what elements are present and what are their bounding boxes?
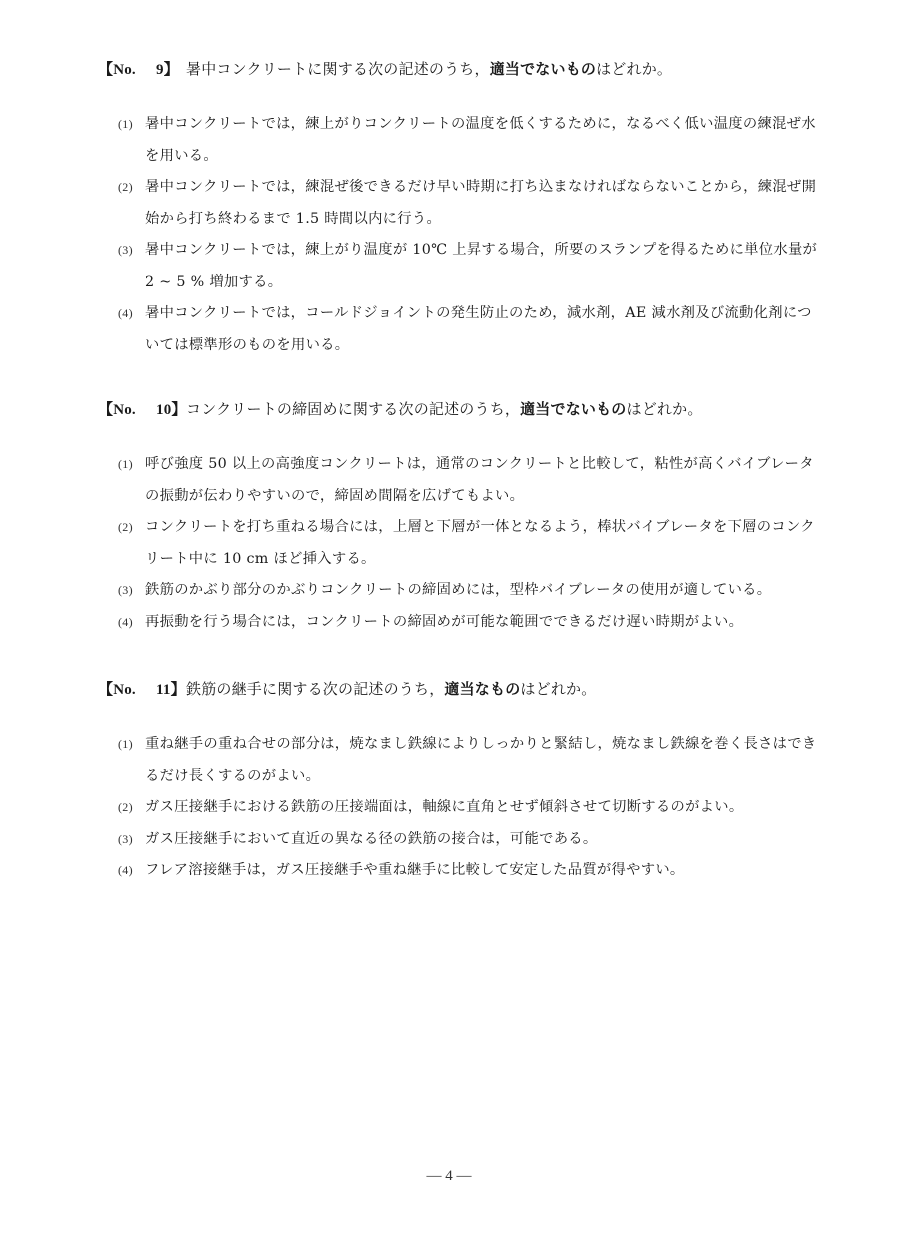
question-emphasis: 適当なもの (444, 680, 520, 698)
option-text: ガス圧接継手における鉄筋の圧接端面は，軸線に直角とせず傾斜させて切断するのがよい… (145, 799, 743, 815)
option-number: (4) (118, 855, 133, 887)
option-text: 暑中コンクリートでは，コールドジョイントの発生防止のため，減水剤，AE 減水剤及… (145, 305, 812, 353)
option-3: (3)鉄筋のかぶり部分のかぶりコンクリートの締固めには，型枠バイブレータの使用が… (118, 575, 818, 607)
question-stem: コンクリートの締固めに関する次の記述のうち， (186, 400, 520, 418)
option-list: (1)呼び強度 50 以上の高強度コンクリートは，通常のコンクリートと比較して，… (98, 449, 818, 638)
option-2: (2)ガス圧接継手における鉄筋の圧接端面は，軸線に直角とせず傾斜させて切断するの… (118, 792, 818, 824)
option-text: 暑中コンクリートでは，練上がりコンクリートの温度を低くするために，なるべく低い温… (145, 116, 816, 164)
exam-page: 【No.9】暑中コンクリートに関する次の記述のうち，適当でないものはどれか。 (… (0, 0, 898, 1240)
question-tail: はどれか。 (520, 680, 596, 698)
option-number: (4) (118, 298, 133, 330)
option-text: 暑中コンクリートでは，練混ぜ後できるだけ早い時期に打ち込まなければならないことか… (145, 179, 816, 227)
option-1: (1)暑中コンクリートでは，練上がりコンクリートの温度を低くするために，なるべく… (118, 109, 818, 172)
page-number: — 4 — (0, 1168, 898, 1185)
option-number: (3) (118, 824, 133, 856)
option-text: コンクリートを打ち重ねる場合には，上層と下層が一体となるよう，棒状バイブレータを… (145, 519, 815, 567)
option-number: (3) (118, 575, 133, 607)
option-number: (2) (118, 172, 133, 204)
option-number: (1) (118, 449, 133, 481)
option-text: 暑中コンクリートでは，練上がり温度が 10℃ 上昇する場合，所要のスランプを得る… (145, 242, 817, 290)
option-text: 呼び強度 50 以上の高強度コンクリートは，通常のコンクリートと比較して，粘性が… (145, 456, 814, 504)
question-emphasis: 適当でないもの (490, 60, 596, 78)
option-2: (2)暑中コンクリートでは，練混ぜ後できるだけ早い時期に打ち込まなければならない… (118, 172, 818, 235)
question-heading: 【No.10】コンクリートの締固めに関する次の記述のうち，適当でないものはどれか… (98, 398, 818, 421)
question-stem: 鉄筋の継手に関する次の記述のうち， (186, 680, 444, 698)
option-4: (4)フレア溶接継手は，ガス圧接継手や重ね継手に比較して安定した品質が得やすい。 (118, 855, 818, 887)
option-text: 重ね継手の重ね合せの部分は，焼なまし鉄線によりしっかりと緊結し，焼なまし鉄線を巻… (145, 736, 816, 784)
question-11: 【No.11】鉄筋の継手に関する次の記述のうち，適当なものはどれか。 (1)重ね… (98, 678, 818, 887)
question-tail: はどれか。 (596, 60, 672, 78)
question-emphasis: 適当でないもの (520, 400, 626, 418)
question-10: 【No.10】コンクリートの締固めに関する次の記述のうち，適当でないものはどれか… (98, 398, 818, 638)
option-3: (3)ガス圧接継手において直近の異なる径の鉄筋の接合は，可能である。 (118, 824, 818, 856)
option-2: (2)コンクリートを打ち重ねる場合には，上層と下層が一体となるよう，棒状バイブレ… (118, 512, 818, 575)
option-1: (1)呼び強度 50 以上の高強度コンクリートは，通常のコンクリートと比較して，… (118, 449, 818, 512)
question-heading: 【No.9】暑中コンクリートに関する次の記述のうち，適当でないものはどれか。 (98, 58, 818, 81)
option-number: (4) (118, 607, 133, 639)
option-text: ガス圧接継手において直近の異なる径の鉄筋の接合は，可能である。 (145, 831, 598, 847)
option-number: (2) (118, 512, 133, 544)
option-number: (1) (118, 729, 133, 761)
option-4: (4)再振動を行う場合には，コンクリートの締固めが可能な範囲でできるだけ遅い時期… (118, 607, 818, 639)
question-stem: 暑中コンクリートに関する次の記述のうち， (186, 60, 490, 78)
option-1: (1)重ね継手の重ね合せの部分は，焼なまし鉄線によりしっかりと緊結し，焼なまし鉄… (118, 729, 818, 792)
option-text: 鉄筋のかぶり部分のかぶりコンクリートの締固めには，型枠バイブレータの使用が適して… (145, 582, 771, 598)
question-heading: 【No.11】鉄筋の継手に関する次の記述のうち，適当なものはどれか。 (98, 678, 818, 701)
option-3: (3)暑中コンクリートでは，練上がり温度が 10℃ 上昇する場合，所要のスランプ… (118, 235, 818, 298)
option-number: (2) (118, 792, 133, 824)
question-9: 【No.9】暑中コンクリートに関する次の記述のうち，適当でないものはどれか。 (… (98, 58, 818, 361)
question-tail: はどれか。 (627, 400, 703, 418)
option-text: フレア溶接継手は，ガス圧接継手や重ね継手に比較して安定した品質が得やすい。 (145, 862, 685, 878)
option-4: (4)暑中コンクリートでは，コールドジョイントの発生防止のため，減水剤，AE 減… (118, 298, 818, 361)
option-number: (1) (118, 109, 133, 141)
option-list: (1)暑中コンクリートでは，練上がりコンクリートの温度を低くするために，なるべく… (98, 109, 818, 361)
option-number: (3) (118, 235, 133, 267)
option-text: 再振動を行う場合には，コンクリートの締固めが可能な範囲でできるだけ遅い時期がよい… (145, 614, 743, 630)
question-number: 【No.9】 (98, 59, 186, 81)
option-list: (1)重ね継手の重ね合せの部分は，焼なまし鉄線によりしっかりと緊結し，焼なまし鉄… (98, 729, 818, 887)
question-number: 【No.10】 (98, 399, 186, 421)
question-number: 【No.11】 (98, 679, 186, 701)
